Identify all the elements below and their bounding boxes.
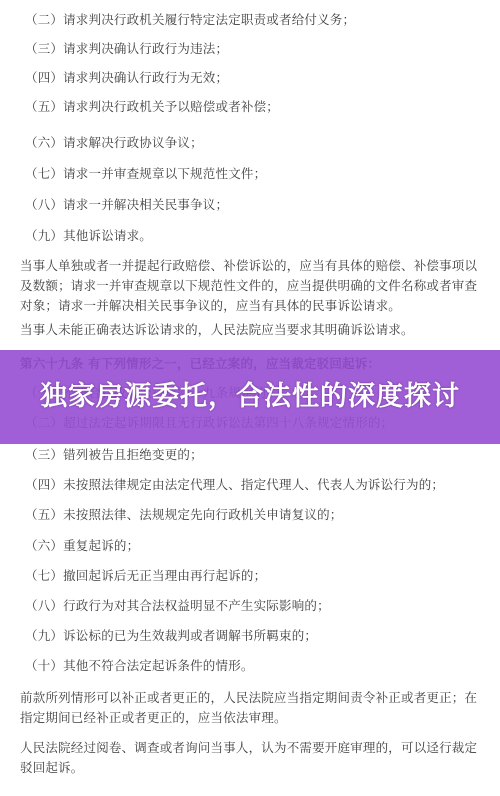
list-item: （二）请求判决行政机关履行特定法定职责或者给付义务； [25, 12, 355, 28]
list-item: （三）错列被告且拒绝变更的； [25, 447, 203, 463]
list-item: （五）未按照法律、法规规定先向行政机关申请复议的； [25, 507, 343, 523]
list-item: （八）行政行为对其合法权益明显不产生实际影响的； [25, 598, 330, 614]
list-item: （四）未按照法律规定由法定代理人、指定代理人、代表人为诉讼行为的； [25, 477, 444, 493]
list-item: （九）诉讼标的已为生效裁判或者调解书所羁束的； [25, 628, 317, 644]
paragraph: 前款所列情形可以补正或者更正的，人民法院应当指定期间责令补正或者更正；在指定期间… [20, 688, 480, 728]
list-item: （七）撤回起诉后无正当理由再行起诉的； [25, 568, 266, 584]
title-banner: 独家房源委托，合法性的深度探讨 [0, 350, 500, 444]
list-item: （三）请求判决确认行政行为违法； [25, 41, 228, 57]
paragraph: 人民法院经过阅卷、调查或者询问当事人，认为不需要开庭审理的，可以迳行裁定驳回起诉… [20, 738, 480, 778]
list-item: （六）重复起诉的； [25, 538, 139, 554]
banner-title: 独家房源委托，合法性的深度探讨 [30, 380, 470, 414]
paragraph: 当事人单独或者一并提起行政赔偿、补偿诉讼的，应当有具体的赔偿、补偿事项以及数额；… [20, 256, 480, 316]
list-item: （七）请求一并审查规章以下规范性文件； [25, 166, 266, 182]
list-item: （四）请求判决确认行政行为无效； [25, 70, 228, 86]
list-item: （六）请求解决行政协议争议； [25, 135, 203, 151]
list-item: （九）其他诉讼请求。 [25, 228, 152, 244]
list-item: （八）请求一并解决相关民事争议； [25, 197, 228, 213]
paragraph: 当事人未能正确表达诉讼请求的，人民法院应当要求其明确诉讼请求。 [20, 320, 480, 340]
list-item: （五）请求判决行政机关予以赔偿或者补偿； [25, 99, 279, 115]
list-item: （十）其他不符合法定起诉条件的情形。 [25, 658, 254, 674]
